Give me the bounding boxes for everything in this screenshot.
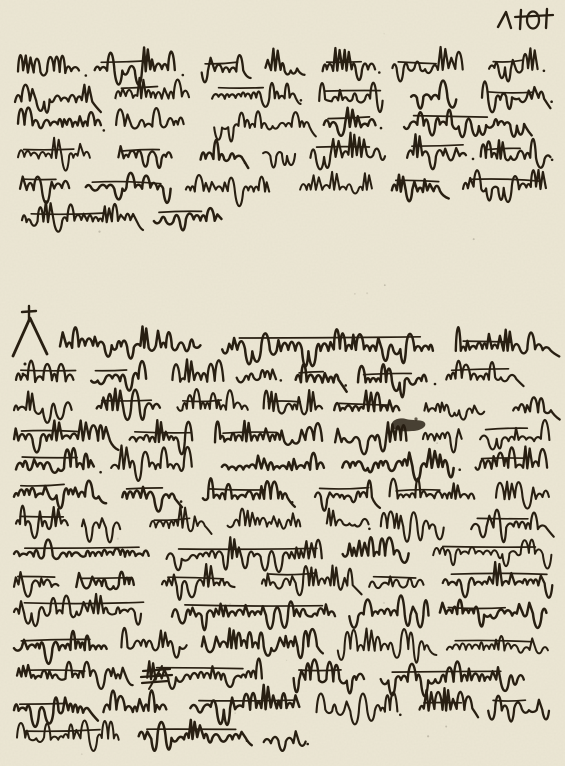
manuscript-page: Scanned manuscript page of illegible cur…	[0, 0, 565, 766]
manuscript-scan: Scanned manuscript page of illegible cur…	[0, 0, 565, 766]
